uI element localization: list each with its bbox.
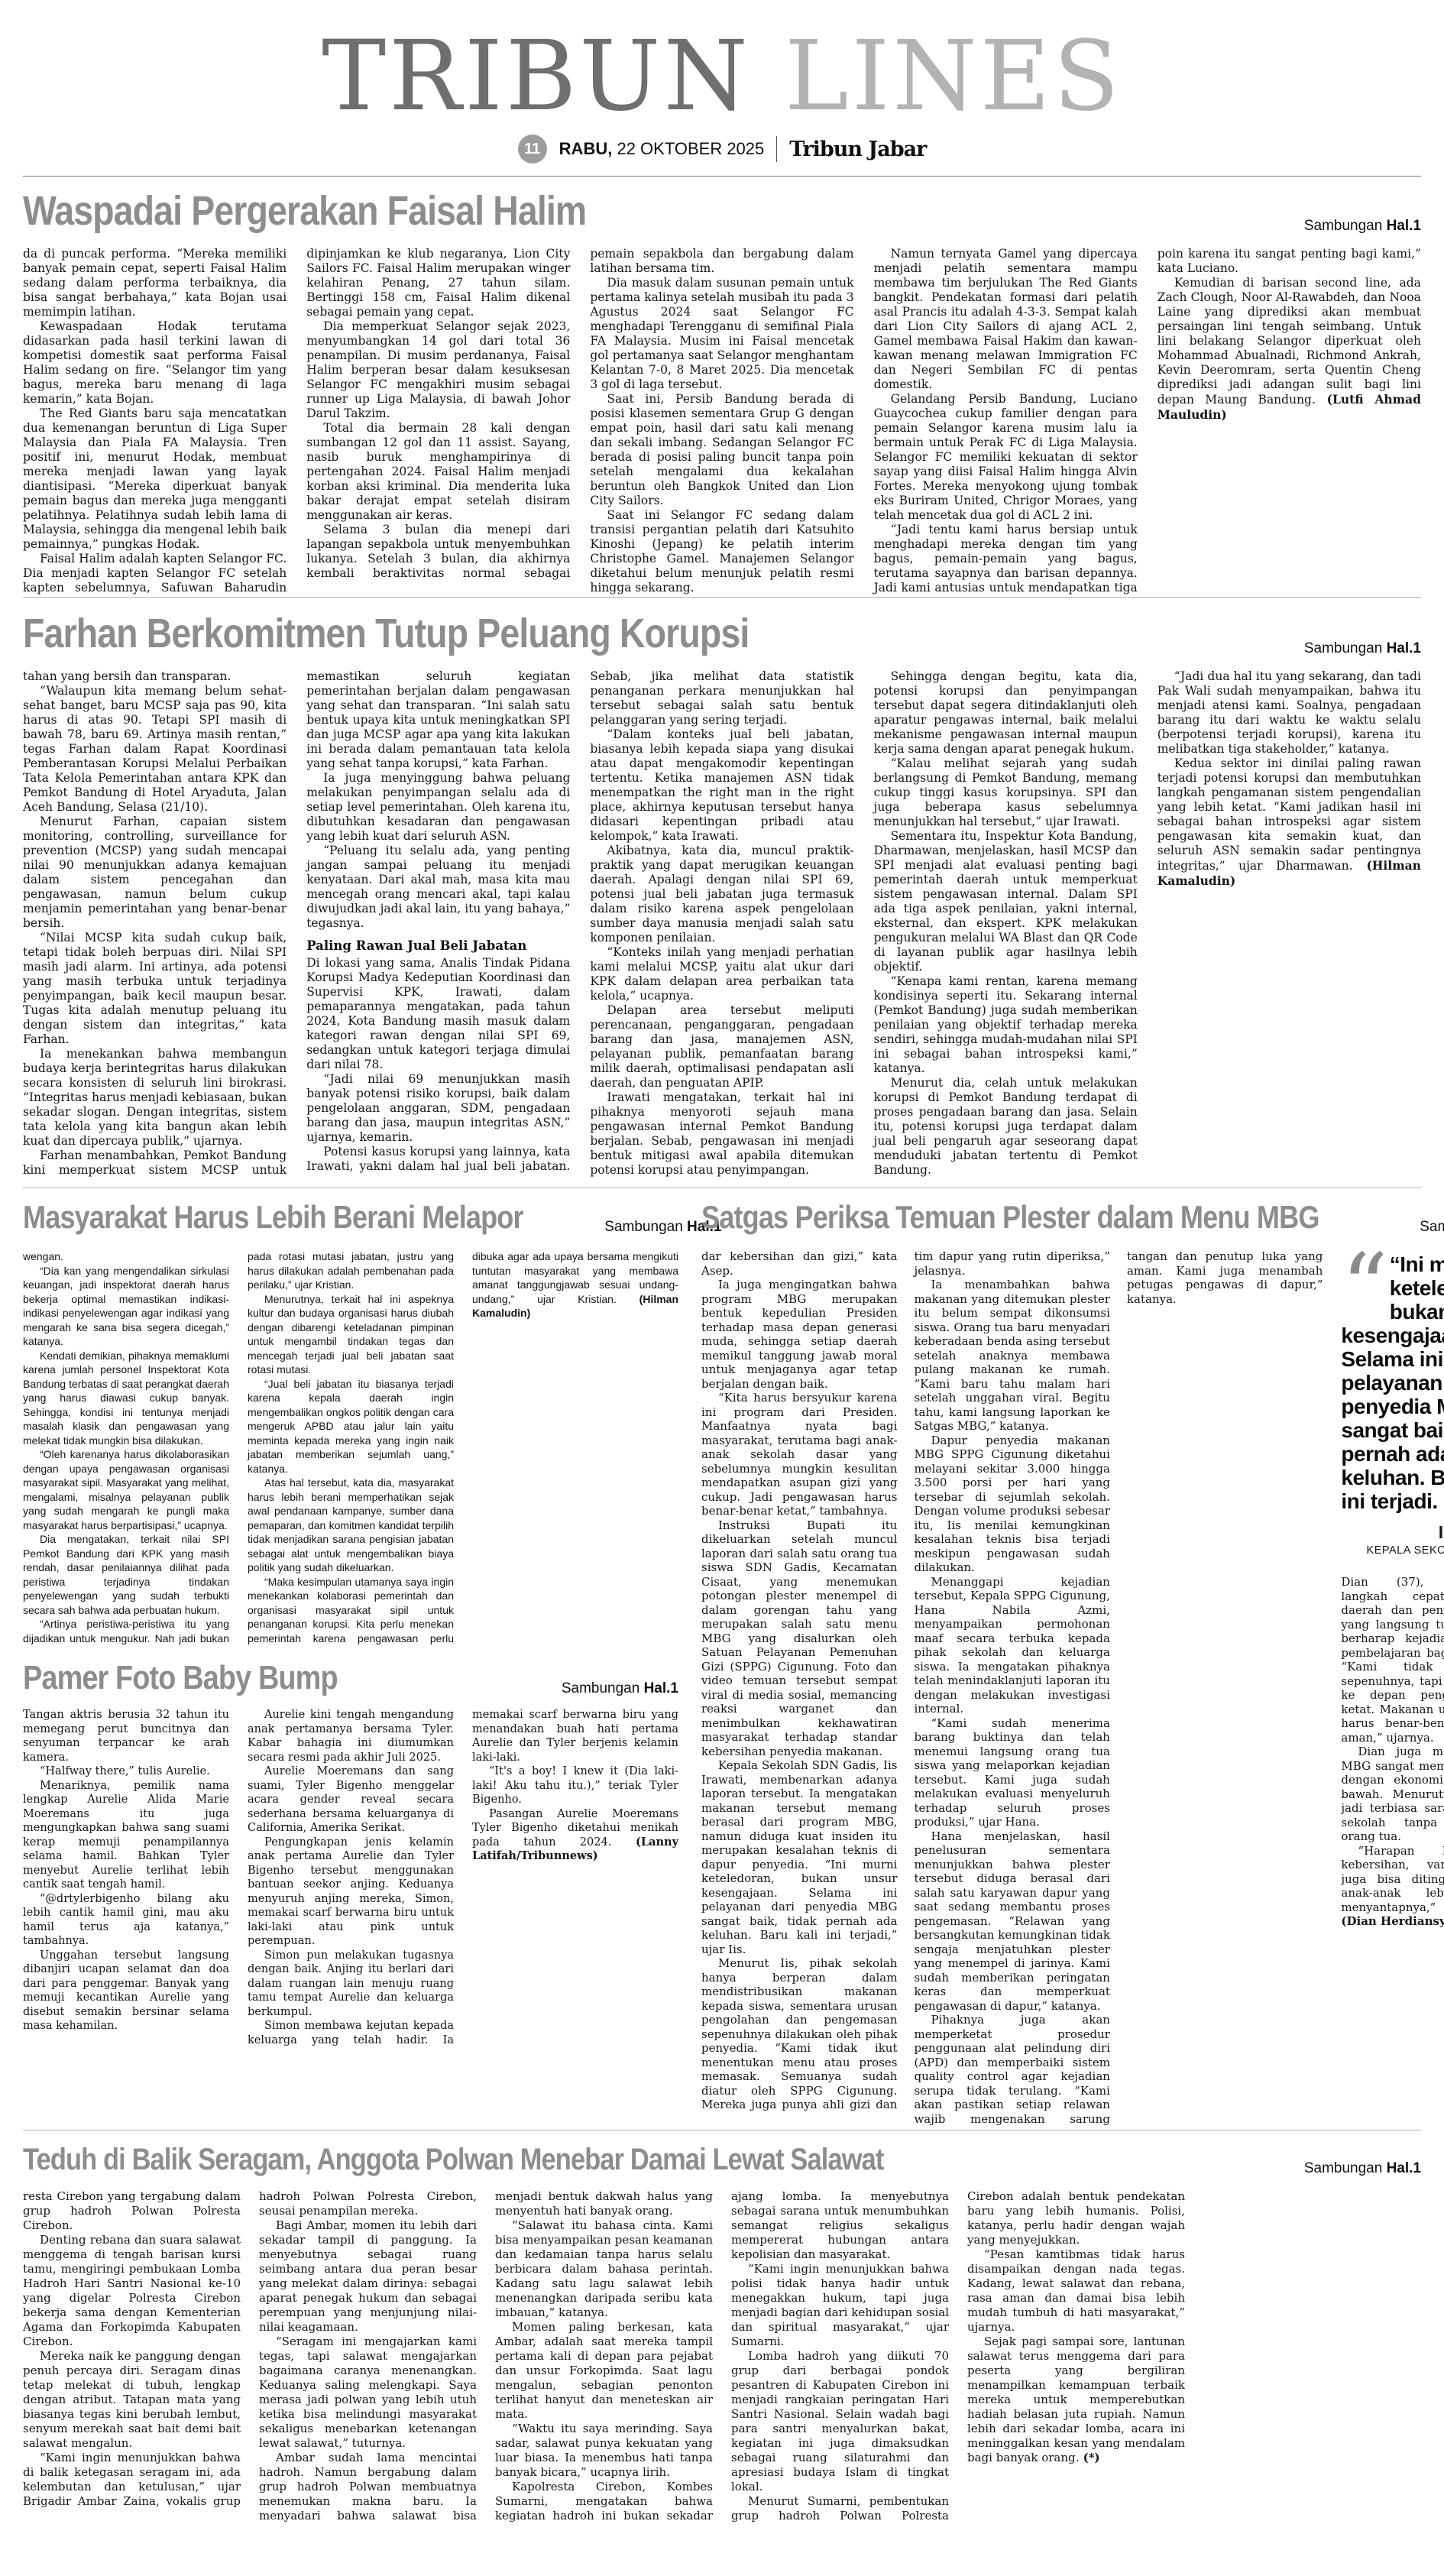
paragraph: Dia mengatakan, terkait nilai SPI Pemkot…: [23, 1532, 229, 1617]
paragraph: “Salawat itu bahasa cinta. Kami bisa men…: [495, 2218, 713, 2320]
paragraph: “@drtylerbigenho bilang aku lebih cantik…: [23, 1892, 229, 1949]
paragraph: Ia menambahkan bahwa makanan yang ditemu…: [914, 1278, 1109, 1434]
edition-date: RABU, 22 OKTOBER 2025: [559, 139, 765, 159]
paragraph: “Kita harus bersyukur karena ini program…: [701, 1391, 897, 1518]
paragraph: “It's a boy! I knew it (Dia laki-laki! A…: [472, 1764, 678, 1807]
article-1-headline: Waspadai Pergerakan Faisal Halim: [23, 187, 678, 235]
article-1-header: Waspadai Pergerakan Faisal Halim Sambung…: [23, 187, 1421, 235]
section-divider: [23, 1188, 1421, 1188]
paragraph: Tangan aktris berusia 32 tahun itu memeg…: [23, 1708, 229, 1764]
paragraph: Momen paling berkesan, kata Ambar, adala…: [495, 2320, 713, 2422]
article-5-continuation-label: Sambungan Hal.1: [562, 1680, 678, 1697]
paragraph: Mereka naik ke panggung dengan penuh per…: [23, 2349, 241, 2451]
paragraph: resta Cirebon yang tergabung dalam grup …: [23, 2189, 241, 2233]
paragraph: Di lokasi yang sama, Analis Tindak Pidan…: [306, 956, 570, 1072]
article-6-continuation-label: Sambungan Hal.1: [1304, 2160, 1421, 2177]
paragraph: “Peluang itu selalu ada, yang penting ja…: [306, 844, 570, 931]
paragraph: “Kalau melihat sejarah yang sudah berlan…: [874, 757, 1138, 829]
paragraph: Simon pun melakukan tugasnya dengan baik…: [248, 1949, 454, 2020]
article-2-headline: Farhan Berkomitmen Tutup Peluang Korupsi: [23, 610, 867, 657]
paragraph: Gelandang Persib Bandung, Luciano Guayco…: [874, 392, 1138, 523]
paragraph: Menurut Farhan, capaian sistem monitorin…: [23, 815, 287, 931]
newspaper-page: TRIBUN LINES 11 RABU, 22 OKTOBER 2025 Tr…: [0, 0, 1444, 2576]
paragraph: Dia masuk dalam susunan pemain untuk per…: [590, 276, 853, 392]
article-6-headline: Teduh di Balik Seragam, Anggota Polwan M…: [23, 2143, 1024, 2177]
paragraph: Irawati mengatakan, terkait hal ini piha…: [590, 1090, 853, 1178]
article-2-body-columns: tahan yang bersih dan transparan.“Walaup…: [23, 669, 1421, 1188]
page-number-badge: 11: [518, 134, 547, 164]
article-6-body-columns: resta Cirebon yang tergabung dalam grup …: [23, 2189, 1421, 2530]
paragraph: Pengungkapan jenis kelamin anak pertama …: [248, 1836, 454, 1949]
paragraph: “Dalam konteks jual beli jabatan, biasan…: [590, 727, 853, 844]
masthead: TRIBUN LINES 11 RABU, 22 OKTOBER 2025 Tr…: [23, 26, 1421, 177]
paragraph: Unggahan tersebut langsung dibanjiri uca…: [23, 1949, 229, 2033]
article-1-body-columns: da di puncak performa. “Mereka memiliki …: [23, 247, 1421, 597]
paragraph: Aurelie Moeremans dan sang suami, Tyler …: [248, 1764, 454, 1836]
paragraph: Dia memperkuat Selangor sejak 2023, meny…: [306, 319, 570, 421]
paragraph: Kepala Sekolah SDN Gadis, Iis Irawati, m…: [701, 1758, 897, 1956]
paragraph: Kendati demikian, pihaknya memaklumi kar…: [23, 1349, 229, 1448]
paragraph: Sementara itu, Inspektur Kota Bandung, D…: [874, 829, 1138, 974]
paragraph: “Dia kan yang mengendalikan sirkulasi ke…: [23, 1264, 229, 1349]
pull-quote: “ “Ini murni keteledoran, bukan unsur ke…: [1341, 1249, 1444, 1564]
section-divider: [23, 2130, 1421, 2130]
paragraph: Total dia bermain 28 kali dengan sumbang…: [306, 421, 570, 523]
paragraph: Instruksi Bupati itu dikeluarkan setelah…: [701, 1518, 897, 1759]
article-pamer-foto-baby-bump: Pamer Foto Baby Bump Sambungan Hal.1 Tan…: [23, 1659, 678, 2061]
paragraph: Lomba hadroh yang diikuti 70 grup dari b…: [731, 2349, 949, 2494]
article-waspadai-pergerakan-faisal-halim: Waspadai Pergerakan Faisal Halim Sambung…: [23, 187, 1421, 597]
author-credit: (Hilman Kamaludin): [1157, 858, 1421, 888]
masthead-title-primary: TRIBUN: [322, 20, 751, 132]
paragraph: “Seragam ini mengajarkan kami tegas, tap…: [259, 2335, 477, 2451]
paragraph: Bagi Ambar, momen itu lebih dari sekadar…: [259, 2218, 477, 2335]
quotation-marks-icon: “: [1341, 1266, 1381, 1311]
paragraph: “Nilai MCSP kita sudah cukup baik, tetap…: [23, 931, 287, 1047]
dateline-divider: [776, 136, 777, 162]
article-masyarakat-harus-lebih-berani-melapor: Masyarakat Harus Lebih Berani Melapor Sa…: [23, 1199, 678, 1648]
article-3-header: Masyarakat Harus Lebih Berani Melapor Sa…: [23, 1199, 678, 1236]
article-6-header: Teduh di Balik Seragam, Anggota Polwan M…: [23, 2143, 1421, 2177]
article-5-body-columns: Tangan aktris berusia 32 tahun itu memeg…: [23, 1708, 678, 2061]
paragraph: Ia juga menyinggung bahwa peluang melaku…: [306, 771, 570, 844]
pull-quote-attribution: IIS IRAWATI: [1341, 1522, 1444, 1543]
article-4-headline: Satgas Periksa Temuan Plester dalam Menu…: [701, 1199, 1420, 1236]
article-4-side-text: Dian (37), mengapresiasi langkah cepat p…: [1341, 1575, 1444, 1929]
paragraph: “Jadi dua hal itu yang sekarang, dan tad…: [1157, 669, 1421, 757]
paragraph: Sejak pagi sampai sore, lantunan salawat…: [967, 2335, 1185, 2465]
author-credit: (Dian Herdiansyah): [1341, 1914, 1444, 1928]
section-divider: [23, 597, 1421, 598]
paragraph: “Walaupun kita memang belum sehat-sehat …: [23, 684, 287, 815]
paragraph: Saat ini Selangor FC sedang dalam transi…: [590, 508, 853, 595]
paragraph: Atas hal tersebut, kata dia, masyarakat …: [248, 1476, 454, 1575]
brand-logo: Tribun Jabar: [789, 138, 926, 161]
paragraph: Ia juga mengingatkan bahwa program MBG m…: [701, 1278, 897, 1391]
paragraph: “Oleh karenanya harus dikolaborasikan de…: [23, 1447, 229, 1532]
paragraph: Dian (37), mengapresiasi langkah cepat p…: [1341, 1575, 1444, 1745]
paragraph: Menariknya, pemilik nama lengkap Aurelie…: [23, 1779, 229, 1892]
paragraph: da di puncak performa. “Mereka memiliki …: [23, 247, 287, 319]
paragraph: Hana menjelaskan, hasil penelusuran seme…: [914, 1829, 1109, 2014]
article-2-header: Farhan Berkomitmen Tutup Peluang Korupsi…: [23, 610, 1421, 657]
paragraph: “Jual beli jabatan itu biasanya terjadi …: [248, 1377, 454, 1476]
masthead-title-secondary: LINES: [785, 20, 1122, 132]
paragraph: “Kami sudah menerima barang buktinya dan…: [914, 1716, 1109, 1829]
paragraph: Pasangan Aurelie Moeremans Tyler Bigenho…: [472, 1807, 678, 1864]
paragraph: “Kami ingin menunjukkan bahwa polisi tid…: [731, 2262, 949, 2349]
article-3-body-columns: wengan.“Dia kan yang mengendalikan sirku…: [23, 1249, 678, 1648]
paragraph: “Konteks inilah yang menjadi perhatian k…: [590, 945, 853, 1003]
paragraph: The Red Giants baru saja mencatatkan dua…: [23, 407, 287, 552]
paragraph: Dian juga menilai program MBG sangat mem…: [1341, 1745, 1444, 1844]
author-credit: (*): [1079, 2451, 1099, 2464]
paragraph: Kewaspadaan Hodak terutama didasarkan pa…: [23, 319, 287, 407]
paragraph: Namun ternyata Gamel yang dipercaya menj…: [874, 247, 1138, 392]
article-3-headline: Masyarakat Harus Lebih Berani Melapor: [23, 1199, 604, 1236]
paragraph: “Pesan kamtibmas tidak harus disampaikan…: [967, 2247, 1185, 2335]
paragraph: tahan yang bersih dan transparan.: [23, 669, 287, 684]
middle-band-left: Masyarakat Harus Lebih Berani Melapor Sa…: [23, 1199, 678, 2130]
paragraph: Delapan area tersebut meliputi perencana…: [590, 1003, 853, 1090]
article-5-header: Pamer Foto Baby Bump Sambungan Hal.1: [23, 1659, 678, 1697]
article-4-body-columns: dar kebersihan dan gizi,” kata Asep.Ia j…: [701, 1249, 1323, 2130]
paragraph: Menurut dia, celah untuk melakukan korup…: [874, 1076, 1138, 1178]
masthead-title: TRIBUN LINES: [23, 26, 1421, 127]
article-5-headline: Pamer Foto Baby Bump: [23, 1659, 389, 1697]
article-satgas-periksa-temuan-plester-mbg: Satgas Periksa Temuan Plester dalam Menu…: [701, 1199, 1444, 2130]
paragraph: wengan.: [23, 1249, 229, 1264]
middle-band-right: Satgas Periksa Temuan Plester dalam Menu…: [701, 1199, 1444, 2130]
paragraph: dar kebersihan dan gizi,” kata Asep.: [701, 1249, 897, 1278]
paragraph: “Harapan kami, selain kebersihan, varias…: [1341, 1844, 1444, 1929]
paragraph: Akibatnya, kata dia, muncul praktik-prak…: [590, 844, 853, 945]
paragraph: Kedua sektor ini dinilai paling rawan te…: [1157, 757, 1421, 889]
paragraph: Dapur penyedia makanan MBG SPPG Cigunung…: [914, 1434, 1109, 1575]
edition-date-rest: 22 OKTOBER 2025: [612, 139, 764, 158]
edition-day: RABU,: [559, 139, 613, 158]
paragraph: Ia menekankan bahwa membangun budaya ker…: [23, 1047, 287, 1149]
article-farhan-berkomitmen-tutup-peluang-korupsi: Farhan Berkomitmen Tutup Peluang Korupsi…: [23, 610, 1421, 1188]
paragraph: “Jadi nilai 69 menunjukkan masih banyak …: [306, 1072, 570, 1145]
article-4-body: dar kebersihan dan gizi,” kata Asep.Ia j…: [701, 1249, 1444, 2130]
article-4-continuation-label: Sambungan Hal.1: [1420, 1219, 1444, 1236]
author-credit: (Lanny Latifah/Tribunnews): [472, 1836, 678, 1863]
article-1-continuation-label: Sambungan Hal.1: [1304, 218, 1421, 235]
paragraph: Menurutnya, terkait hal ini aspeknya kul…: [248, 1292, 454, 1377]
paragraph: Saat ini, Persib Bandung berada di posis…: [590, 392, 853, 508]
article-teduh-di-balik-seragam-polwan-salawat: Teduh di Balik Seragam, Anggota Polwan M…: [23, 2143, 1421, 2530]
article-4-header: Satgas Periksa Temuan Plester dalam Menu…: [701, 1199, 1444, 1236]
paragraph: “Halfway there,” tulis Aurelie.: [23, 1764, 229, 1779]
article-2-subhead: Paling Rawan Jual Beli Jabatan: [306, 938, 570, 953]
author-credit: (Hilman Kamaludin): [472, 1293, 678, 1320]
paragraph: Denting rebana dan suara salawat menggem…: [23, 2233, 241, 2349]
paragraph: “Waktu itu saya merinding. Saya sadar, s…: [495, 2422, 713, 2480]
pull-quote-attribution-title: KEPALA SEKOLAH SDN GADIS: [1341, 1544, 1444, 1557]
paragraph: “Kenapa kami rentan, karena memang kondi…: [874, 974, 1138, 1076]
article-4-side-column: “ “Ini murni keteledoran, bukan unsur ke…: [1341, 1249, 1444, 2130]
paragraph: Sehingga dengan begitu, kata dia, potens…: [874, 669, 1138, 757]
paragraph: Kemudian di barisan second line, ada Zac…: [1157, 276, 1421, 423]
dateline: 11 RABU, 22 OKTOBER 2025 Tribun Jabar: [23, 134, 1421, 177]
author-credit: (Lutfi Ahmad Mauludin): [1157, 392, 1421, 422]
middle-band: Masyarakat Harus Lebih Berani Melapor Sa…: [23, 1199, 1421, 2130]
article-2-continuation-label: Sambungan Hal.1: [1304, 640, 1421, 657]
paragraph: Menanggapi kejadian tersebut, Kepala SPP…: [914, 1575, 1109, 1716]
paragraph: Aurelie kini tengah mengandung anak pert…: [248, 1708, 454, 1764]
